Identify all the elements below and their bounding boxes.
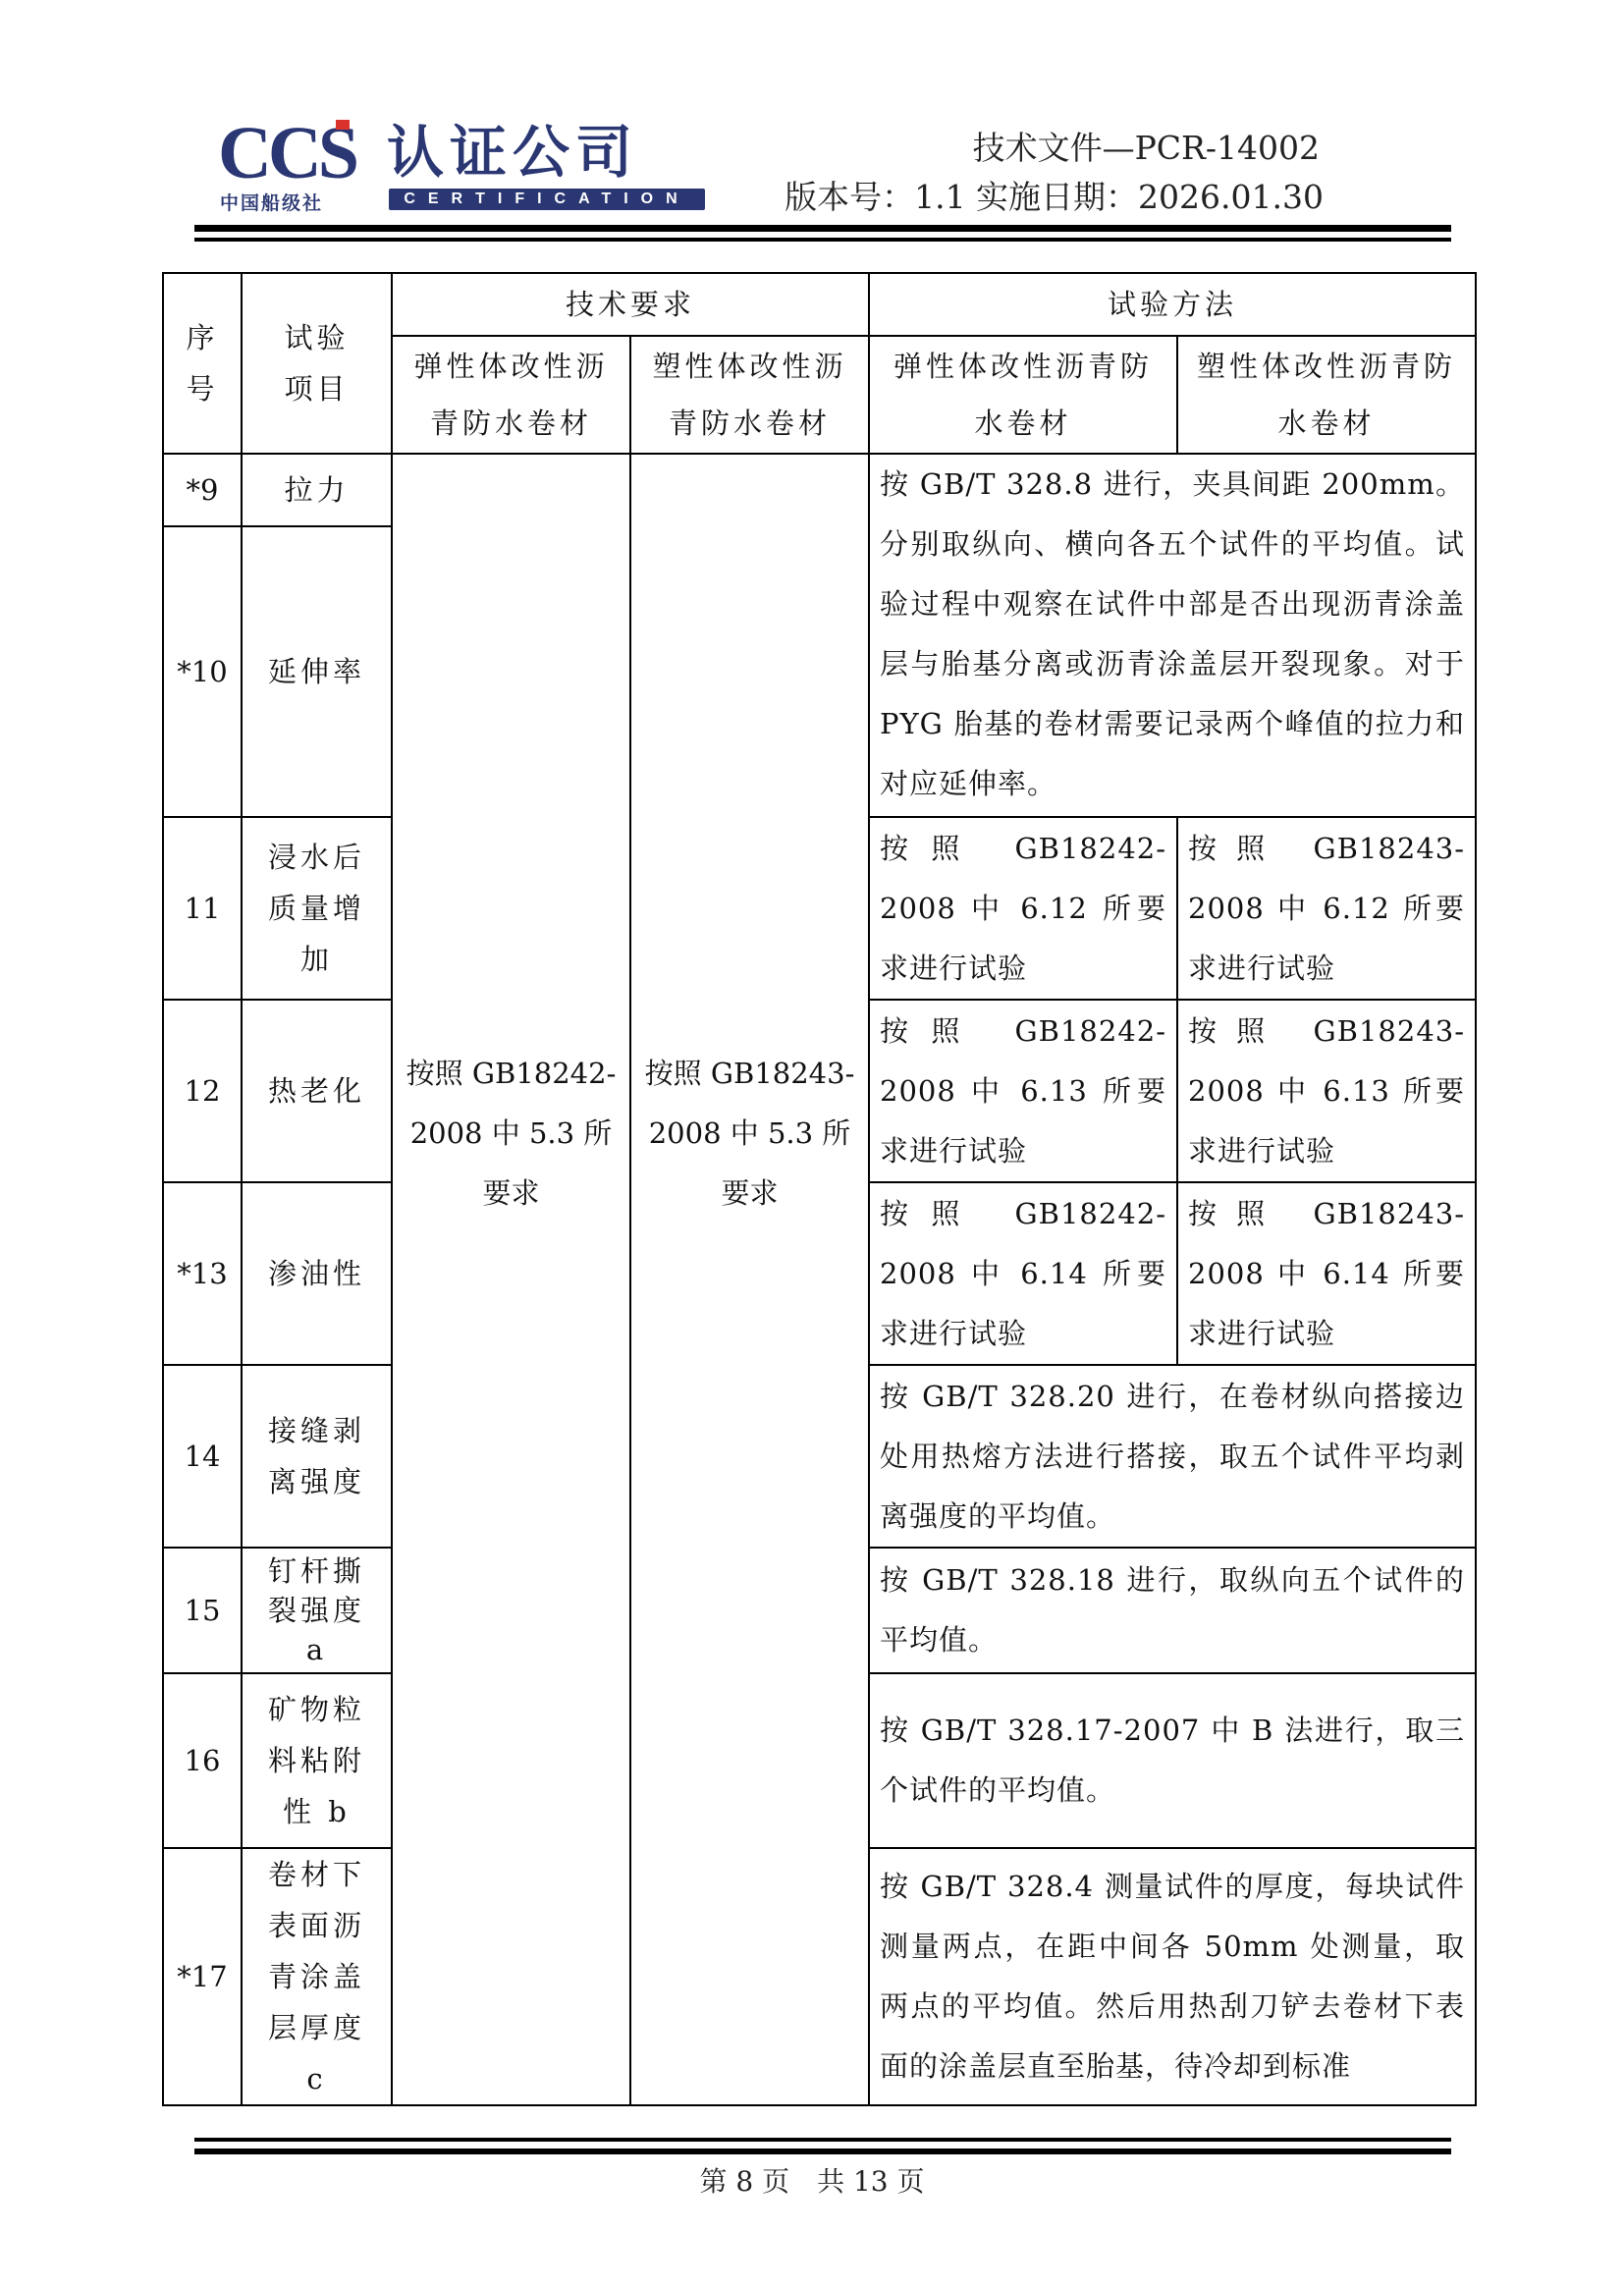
row-item: 卷材下表面沥青涂盖层厚度 c — [242, 1848, 392, 2105]
method-app: 按照 GB18243-2008 中 6.12 所要求进行试验 — [1177, 817, 1476, 1000]
header-rule-thick — [194, 225, 1451, 232]
method-mineral-adhesion: 按 GB/T 328.17-2007 中 B 法进行，取三个试件的平均值。 — [869, 1673, 1476, 1848]
method-tensile-elongation: 按 GB/T 328.8 进行，夹具间距 200mm。分别取纵向、横向各五个试件… — [869, 454, 1476, 817]
row-no: *9 — [163, 454, 242, 526]
footer-rule-thick — [194, 2149, 1451, 2154]
row-no: *13 — [163, 1182, 242, 1365]
row-item: 接缝剥离强度 — [242, 1365, 392, 1548]
method-app: 按照 GB18243-2008 中 6.14 所要求进行试验 — [1177, 1182, 1476, 1365]
test-requirements-table: 序号 试验项目 技术要求 试验方法 弹性体改性沥青防水卷材 塑性体改性沥青防水卷… — [162, 272, 1477, 2106]
row-no: 16 — [163, 1673, 242, 1848]
document-info: 技术文件—PCR-14002 版本号：1.1 实施日期：2026.01.30 — [785, 124, 1324, 222]
row-item: 延伸率 — [242, 526, 392, 817]
logo-certification-banner: CERTIFICATION — [389, 189, 705, 210]
app-requirement-merged: 按照 GB18243-2008 中 5.3 所要求 — [630, 454, 869, 2105]
page-number: 第 8 页 共 13 页 — [0, 2160, 1624, 2200]
row-item: 矿物粒料粘附性 b — [242, 1673, 392, 1848]
header-app-method: 塑性体改性沥青防水卷材 — [1177, 336, 1476, 454]
row-item: 浸水后质量增加 — [242, 817, 392, 1000]
header-no: 序号 — [163, 273, 242, 454]
logo-ccs-letters: CCS — [218, 116, 355, 190]
logo-parent-name: 中国船级社 — [220, 189, 323, 215]
row-item: 拉力 — [242, 454, 392, 526]
method-sbs: 按照 GB18242-2008 中 6.14 所要求进行试验 — [869, 1182, 1177, 1365]
row-no: *10 — [163, 526, 242, 817]
footer-rule-thin — [194, 2138, 1451, 2142]
row-item: 钉杆撕裂强度 a — [242, 1548, 392, 1673]
table-row: *9 拉力 按照 GB18242-2008 中 5.3 所要求 按照 GB182… — [163, 454, 1476, 526]
sbs-requirement-merged: 按照 GB18242-2008 中 5.3 所要求 — [392, 454, 630, 2105]
method-nail-tear: 按 GB/T 328.18 进行，取纵向五个试件的平均值。 — [869, 1548, 1476, 1673]
method-sbs: 按照 GB18242-2008 中 6.13 所要求进行试验 — [869, 1000, 1177, 1182]
header-test-method: 试验方法 — [869, 273, 1476, 336]
row-item: 渗油性 — [242, 1182, 392, 1365]
method-sbs: 按照 GB18242-2008 中 6.12 所要求进行试验 — [869, 817, 1177, 1000]
header-app-requirement: 塑性体改性沥青防水卷材 — [630, 336, 869, 454]
row-no: 15 — [163, 1548, 242, 1673]
method-coating-thickness: 按 GB/T 328.4 测量试件的厚度，每块试件测量两点，在距中间各 50mm… — [869, 1848, 1476, 2105]
header-rule-thin — [194, 238, 1451, 242]
header-sbs-method: 弹性体改性沥青防水卷材 — [869, 336, 1177, 454]
logo-company-name: 认证公司 — [387, 118, 638, 187]
header-item: 试验项目 — [242, 273, 392, 454]
version-line: 版本号：1.1 实施日期：2026.01.30 — [785, 173, 1324, 222]
row-no: 14 — [163, 1365, 242, 1548]
ccs-certification-logo: CCS 认证公司 中国船级社 CERTIFICATION — [218, 116, 719, 214]
row-no: *17 — [163, 1848, 242, 2105]
document-title: 技术文件—PCR-14002 — [785, 124, 1324, 173]
header-sbs-requirement: 弹性体改性沥青防水卷材 — [392, 336, 630, 454]
row-no: 12 — [163, 1000, 242, 1182]
row-no: 11 — [163, 817, 242, 1000]
row-item: 热老化 — [242, 1000, 392, 1182]
header-tech-requirements: 技术要求 — [392, 273, 869, 336]
method-seam-peel: 按 GB/T 328.20 进行，在卷材纵向搭接边处用热熔方法进行搭接，取五个试… — [869, 1365, 1476, 1548]
method-app: 按照 GB18243-2008 中 6.13 所要求进行试验 — [1177, 1000, 1476, 1182]
